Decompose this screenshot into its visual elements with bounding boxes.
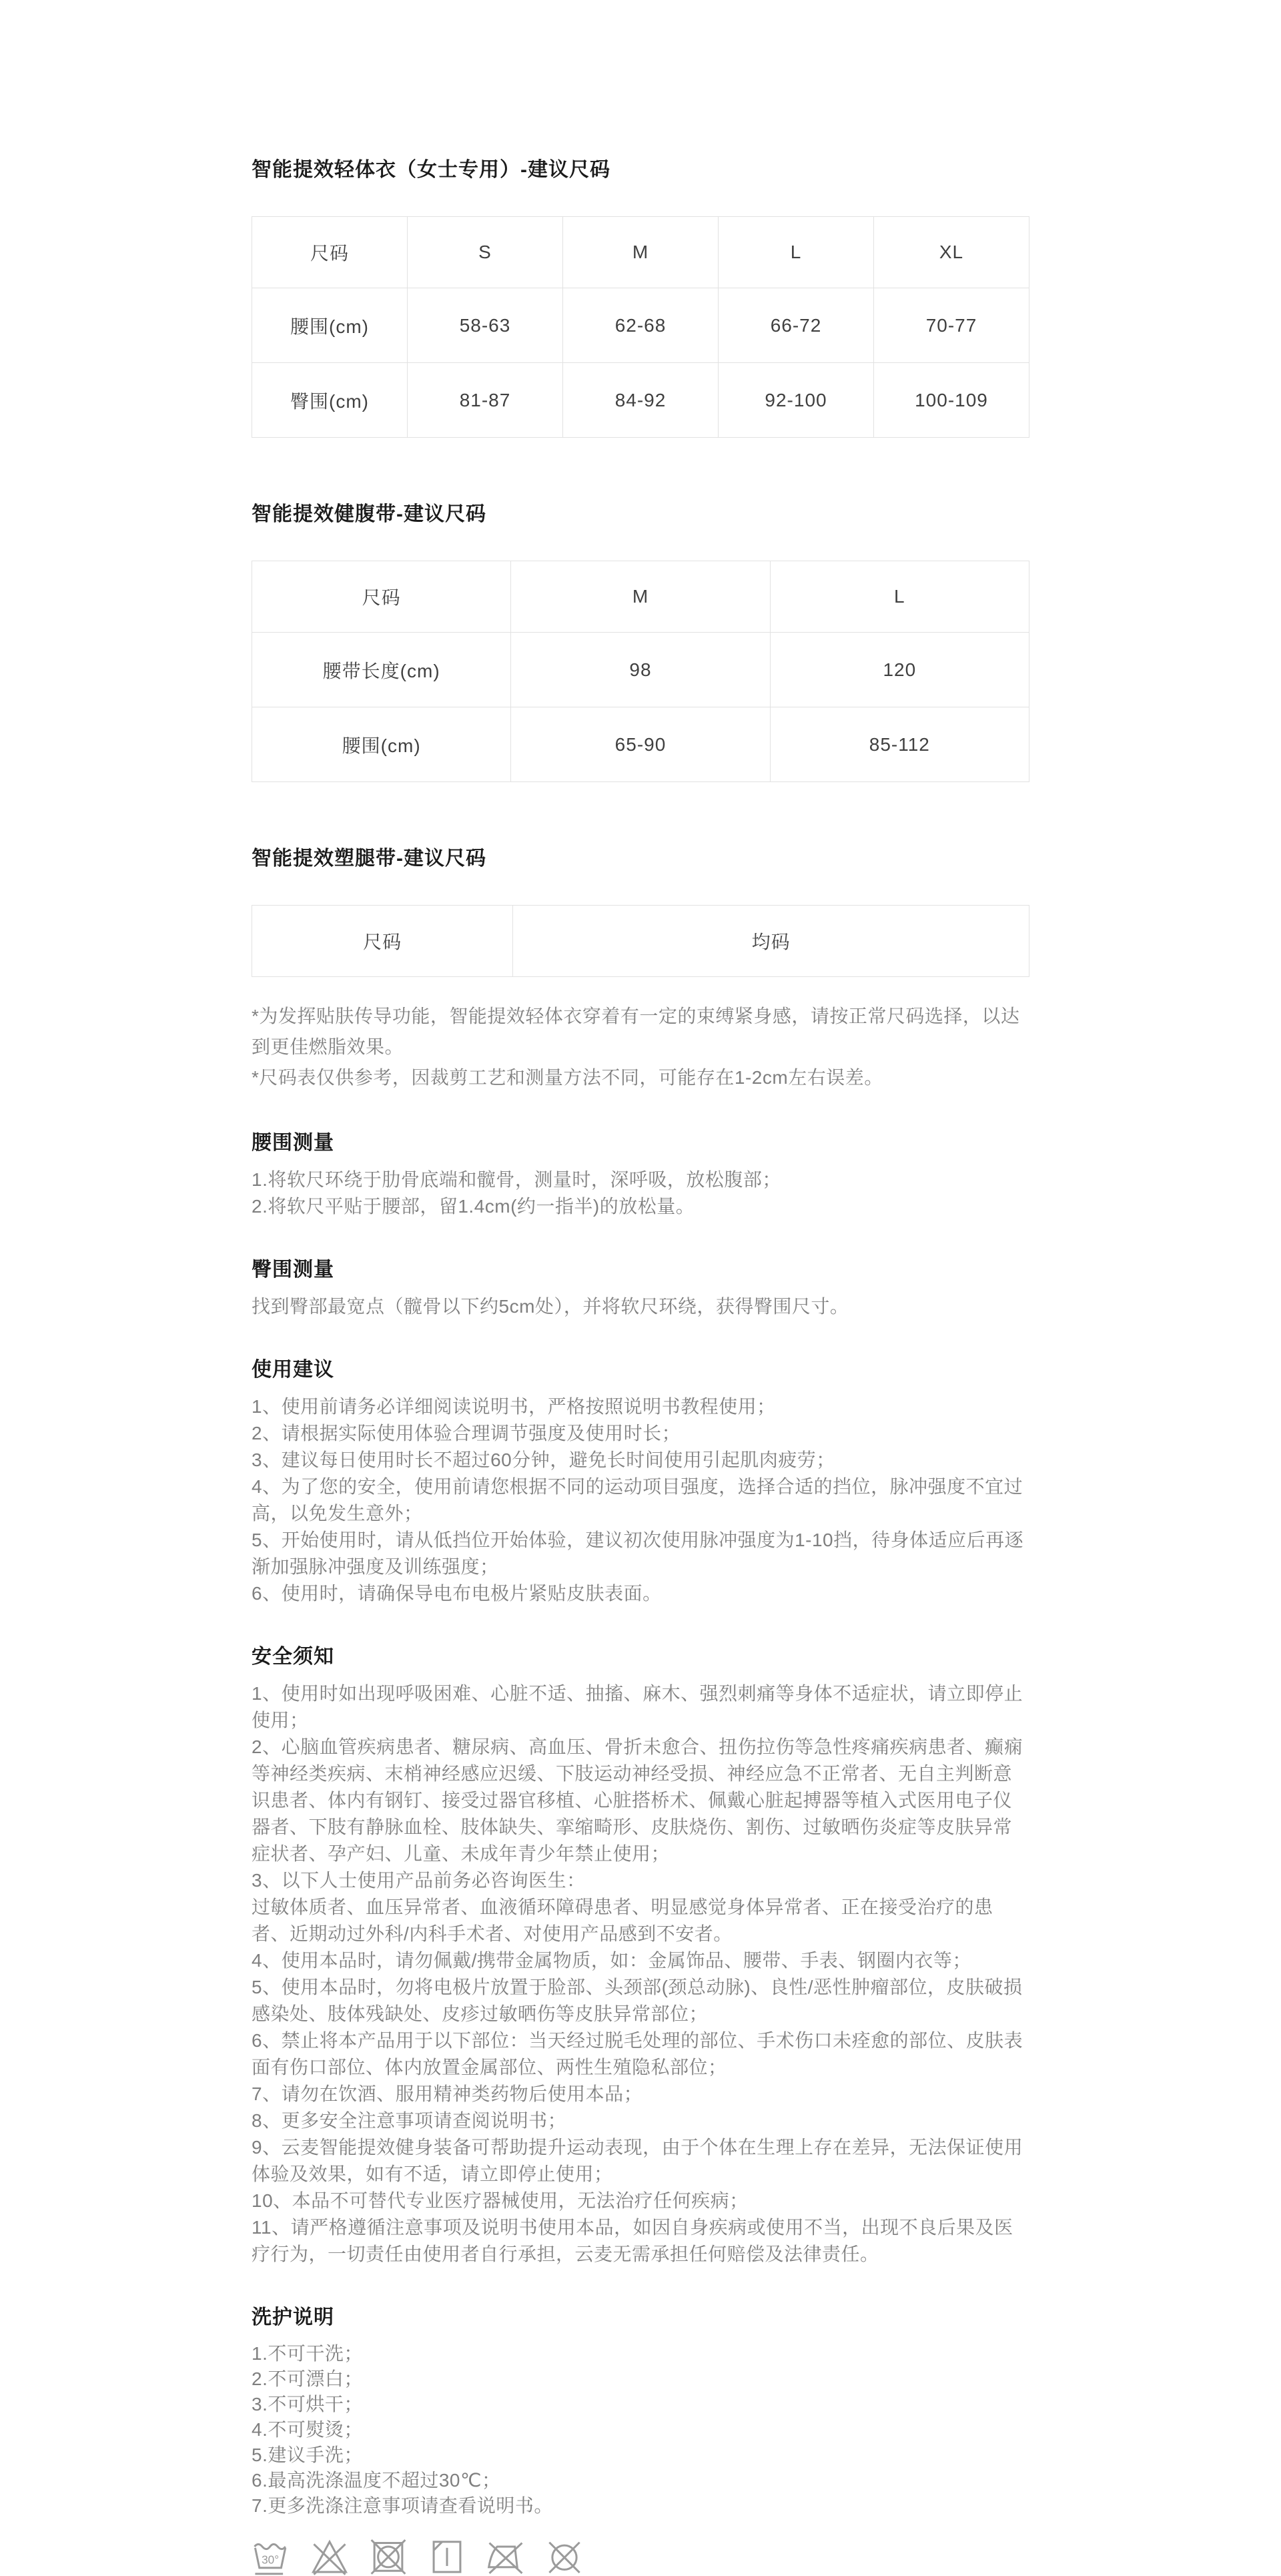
data-cell: 85-112 [770,707,1029,782]
do-not-tumble-dry-icon [369,2537,408,2576]
data-cell: 81-87 [408,363,563,438]
section-title: 腰围测量 [252,1129,1029,1157]
list-item-text: 3.不可烘干； [252,2392,1029,2417]
header-cell: 尺码 [252,906,513,977]
size-table: 尺码 S M L XL 腰围(cm) 58-63 62-68 66-72 70-… [252,216,1029,438]
list-item-text: 1.将软尺环绕于肋骨底端和髋骨，测量时，深呼吸，放松腹部； [252,1167,1029,1193]
header-cell: M [563,217,719,288]
table-header-row: 尺码 均码 [252,906,1029,977]
data-cell: 66-72 [719,288,874,363]
row-label-cell: 臀围(cm) [252,363,408,438]
data-cell: 92-100 [719,363,874,438]
list-item-text: 2.将软尺平贴于腰部，留1.4cm(约一指半)的放松量。 [252,1193,1029,1220]
size-table-title: 智能提效健腹带-建议尺码 [252,501,1029,529]
svg-text:30°: 30° [262,2553,279,2566]
table-header-row: 尺码 M L [252,561,1029,633]
header-cell: 尺码 [252,561,511,633]
data-cell: 84-92 [563,363,719,438]
data-cell: 58-63 [408,288,563,363]
row-label-cell: 腰围(cm) [252,707,511,782]
list-item-text: 6.最高洗涤温度不超过30℃； [252,2468,1029,2493]
care-icons-row: 30° [252,2537,1029,2576]
section-title: 臀围测量 [252,1256,1029,1284]
row-label-cell: 腰围(cm) [252,288,408,363]
list-item-text: 4、使用本品时，请勿佩戴/携带金属物质，如：金属饰品、腰带、手表、钢圈内衣等； [252,1947,1029,1974]
table-row: 腰带长度(cm) 98 120 [252,633,1029,707]
list-item-text: 6、使用时，请确保导电布电极片紧贴皮肤表面。 [252,1580,1029,1607]
data-cell: 100-109 [874,363,1029,438]
list-item-text: 1、使用前请务必详细阅读说明书，严格按照说明书教程使用； [252,1393,1029,1420]
size-section-lightsuit: 智能提效轻体衣（女士专用）-建议尺码 尺码 S M L XL 腰围(cm) 58… [252,156,1029,438]
note-text: *尺码表仅供参考，因裁剪工艺和测量方法不同，可能存在1-2cm左右误差。 [252,1062,1029,1093]
list-item-text: 1.不可干洗； [252,2341,1029,2366]
data-cell: 70-77 [874,288,1029,363]
list-item-text: 2.不可漂白； [252,2366,1029,2392]
wash-30-icon: 30° [252,2537,290,2576]
header-cell: S [408,217,563,288]
waist-measure-section: 腰围测量 1.将软尺环绕于肋骨底端和髋骨，测量时，深呼吸，放松腹部； 2.将软尺… [252,1129,1029,1220]
size-table: 尺码 M L 腰带长度(cm) 98 120 腰围(cm) 65-90 85-1… [252,561,1029,782]
data-cell: 62-68 [563,288,719,363]
header-cell: L [770,561,1029,633]
list-item-text: 5.建议手洗； [252,2443,1029,2468]
hip-measure-section: 臀围测量 找到臀部最宽点（髋骨以下约5cm处），并将软尺环绕，获得臀围尺寸。 [252,1256,1029,1320]
data-cell: 65-90 [511,707,770,782]
section-title: 使用建议 [252,1356,1029,1384]
size-section-belly-belt: 智能提效健腹带-建议尺码 尺码 M L 腰带长度(cm) 98 120 腰围(c… [252,501,1029,782]
safety-section: 安全须知 1、使用时如出现呼吸困难、心脏不适、抽搐、麻木、强烈刺痛等身体不适症状… [252,1643,1029,2268]
list-item-text: 4.不可熨烫； [252,2417,1029,2443]
usage-section: 使用建议 1、使用前请务必详细阅读说明书，严格按照说明书教程使用； 2、请根据实… [252,1356,1029,1607]
do-not-dry-clean-icon [545,2537,584,2576]
table-row: 腰围(cm) 65-90 85-112 [252,707,1029,782]
list-item-text: 10、本品不可替代专业医疗器械使用，无法治疗任何疾病； [252,2188,1029,2214]
list-item-text: 2、心脑血管疾病患者、糖尿病、高血压、骨折未愈合、扭伤拉伤等急性疼痛疾病患者、癫… [252,1734,1029,1867]
note-text: *为发挥贴肤传导功能，智能提效轻体衣穿着有一定的束缚紧身感，请按正常尺码选择，以… [252,1001,1029,1062]
do-not-iron-icon [486,2537,525,2576]
list-item-text: 6、禁止将本产品用于以下部位：当天经过脱毛处理的部位、手术伤口未痊愈的部位、皮肤… [252,2027,1029,2081]
list-item-text: 11、请严格遵循注意事项及说明书使用本品，如因自身疾病或使用不当，出现不良后果及… [252,2214,1029,2268]
section-title: 安全须知 [252,1643,1029,1671]
size-table-title: 智能提效轻体衣（女士专用）-建议尺码 [252,156,1029,184]
list-item-text: 2、请根据实际使用体验合理调节强度及使用时长； [252,1420,1029,1447]
list-item-text: 7.更多洗涤注意事项请查看说明书。 [252,2493,1029,2519]
data-cell: 120 [770,633,1029,707]
list-item-text: 1、使用时如出现呼吸困难、心脏不适、抽搐、麻木、强烈刺痛等身体不适症状，请立即停… [252,1680,1029,1734]
data-cell: 98 [511,633,770,707]
list-item-text: 5、开始使用时，请从低挡位开始体验，建议初次使用脉冲强度为1-10挡，待身体适应… [252,1527,1029,1580]
drip-dry-icon [428,2537,466,2576]
content-column: 智能提效轻体衣（女士专用）-建议尺码 尺码 S M L XL 腰围(cm) 58… [252,0,1029,2576]
header-cell: M [511,561,770,633]
header-cell: 均码 [513,906,1029,977]
size-table-title: 智能提效塑腿带-建议尺码 [252,845,1029,873]
list-item-text: 9、云麦智能提效健身装备可帮助提升运动表现，由于个体在生理上存在差异，无法保证使… [252,2134,1029,2188]
list-item-text: 3、以下人士使用产品前务必咨询医生： [252,1867,1029,1894]
product-detail-page: { "theme": { "background": "#ffffff", "h… [0,0,1281,2576]
list-item-text: 过敏体质者、血压异常者、血液循环障碍患者、明显感觉身体异常者、正在接受治疗的患者… [252,1894,1029,1947]
table-header-row: 尺码 S M L XL [252,217,1029,288]
section-title: 洗护说明 [252,2304,1029,2332]
table-row: 臀围(cm) 81-87 84-92 92-100 100-109 [252,363,1029,438]
size-notes: *为发挥贴肤传导功能，智能提效轻体衣穿着有一定的束缚紧身感，请按正常尺码选择，以… [252,1001,1029,1093]
list-item-text: 找到臀部最宽点（髋骨以下约5cm处），并将软尺环绕，获得臀围尺寸。 [252,1293,1029,1320]
table-row: 腰围(cm) 58-63 62-68 66-72 70-77 [252,288,1029,363]
list-item-text: 7、请勿在饮酒、服用精神类药物后使用本品； [252,2081,1029,2108]
washing-section: 洗护说明 1.不可干洗； 2.不可漂白； 3.不可烘干； 4.不可熨烫； 5.建… [252,2304,1029,2576]
list-item-text: 8、更多安全注意事项请查阅说明书； [252,2108,1029,2134]
list-item-text: 3、建议每日使用时长不超过60分钟，避免长时间使用引起肌肉疲劳； [252,1447,1029,1474]
size-table: 尺码 均码 [252,905,1029,977]
list-item-text: 4、为了您的安全，使用前请您根据不同的运动项目强度，选择合适的挡位，脉冲强度不宜… [252,1474,1029,1527]
header-cell: L [719,217,874,288]
list-item-text: 5、使用本品时，勿将电极片放置于脸部、头颈部(颈总动脉)、良性/恶性肿瘤部位，皮… [252,1974,1029,2027]
header-cell: XL [874,217,1029,288]
size-section-leg-belt: 智能提效塑腿带-建议尺码 尺码 均码 [252,845,1029,977]
do-not-bleach-icon [310,2537,349,2576]
header-cell: 尺码 [252,217,408,288]
row-label-cell: 腰带长度(cm) [252,633,511,707]
